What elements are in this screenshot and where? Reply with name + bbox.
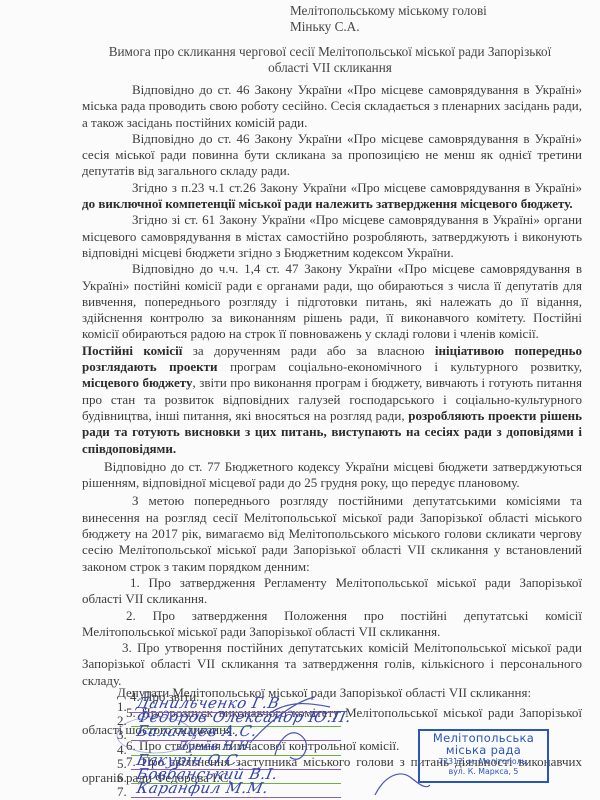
document-title: Вимога про скликання чергової сесії Мелі… <box>80 44 580 76</box>
agenda-item-3: 3. Про утворення постійних депутатських … <box>82 640 582 689</box>
paragraph-3-text: Згідно з п.23 ч.1 ст.26 Закону України «… <box>132 180 582 195</box>
paragraph-6: Постійні комісії за дорученням ради або … <box>82 343 582 457</box>
signature-number: 1. <box>117 700 127 714</box>
p6-bold-1: Постійні комісії <box>82 343 182 358</box>
paragraph-3: Згідно з п.23 ч.1 ст.26 Закону України «… <box>82 180 582 213</box>
addressee-line-1: Мелітопольському міському голові <box>290 3 487 19</box>
signature-number: 6. <box>117 771 127 785</box>
paragraph-7: Відповідно до ст. 77 Бюджетного кодексу … <box>82 459 582 492</box>
paragraph-8: З метою попереднього розгляду постійними… <box>82 493 582 574</box>
stamp-line-4: вул. К. Маркса, 5 <box>420 767 547 776</box>
title-line-2: області VII скликання <box>80 60 580 76</box>
document-page: Мелітопольському міському голові Міньку … <box>0 0 600 800</box>
paragraph-3-bold: до виключної компетенції міської ради на… <box>82 196 573 211</box>
title-line-1: Вимога про скликання чергової сесії Мелі… <box>80 44 580 60</box>
agenda-item-1: 1. Про затвердження Регламенту Мелітопол… <box>82 575 582 608</box>
agenda-item-2: 2. Про затвердження Положення про постій… <box>82 608 582 641</box>
signature-number: 2. <box>117 714 127 728</box>
stamp-line-2: міська рада <box>420 744 547 756</box>
signature-line <box>131 797 341 798</box>
addressee-block: Мелітопольському міському голові Міньку … <box>290 3 487 35</box>
p6-text-1: за дорученням ради або за власною <box>182 343 435 358</box>
signature-list: 1. Данильченко Г.В 2. Федоров Олександр … <box>117 700 437 799</box>
signature-row: 7. Каранфил М.М. <box>117 785 437 799</box>
handwritten-signature: Каранфил М.М. <box>136 781 270 795</box>
p6-bold-3: місцевого бюджету <box>82 375 193 390</box>
paragraph-1: Відповідно до ст. 46 Закону України «Про… <box>82 82 582 131</box>
handwritten-signature: Баланцев А.С. <box>136 724 259 738</box>
paragraph-2: Відповідно до ст. 46 Закону України «Про… <box>82 131 582 180</box>
signature-number: 3. <box>117 728 127 742</box>
paragraph-4: Згідно зі ст. 61 Закону України «Про міс… <box>82 212 582 261</box>
official-stamp: Мелітопольська міська рада 72312, м. Мел… <box>418 729 549 783</box>
signature-row: 3. Баланцев А.С. <box>117 728 437 742</box>
p6-text-2: програм соціально-економічного і культур… <box>218 359 582 374</box>
signature-number: 5. <box>117 757 127 771</box>
stamp-line-3: 72312, м. Мелітополь, <box>420 756 547 767</box>
signature-number: 4. <box>117 743 127 757</box>
paragraph-5: Відповідно до ч.ч. 1,4 ст. 47 Закону Укр… <box>82 261 582 342</box>
signature-number: 7. <box>117 785 127 799</box>
document-body: Відповідно до ст. 46 Закону України «Про… <box>82 82 582 787</box>
addressee-line-2: Міньку С.А. <box>290 19 487 35</box>
